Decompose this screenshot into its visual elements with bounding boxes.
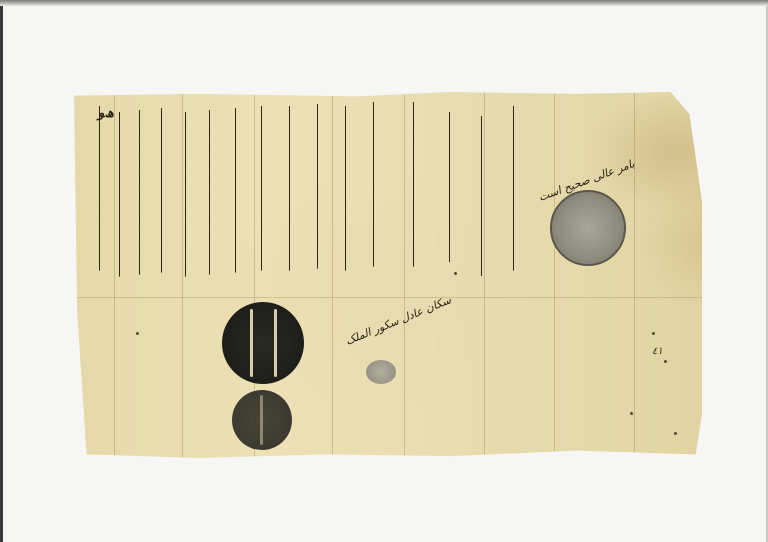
text-column: ــــــــــــــــــــــــــــــــــــــــ…: [258, 106, 270, 296]
paper-fold-line: [114, 92, 115, 458]
paper-fold-line: [554, 92, 555, 458]
manuscript-paper: ــــــــــــــــــــــــــــــــــــــــ…: [74, 92, 702, 458]
text-column: ــــــــــــــــــــــــــــــــــــــــ…: [206, 110, 218, 295]
text-column: ــــــــــــــــــــــــــــــــــــــــ…: [182, 112, 194, 292]
ink-spot: [674, 432, 677, 435]
text-column: ــــــــــــــــــــــــــــــــــــــــ…: [158, 108, 170, 293]
text-column: ــــــــــــــــــــــــــــــــــــــــ…: [136, 110, 148, 290]
text-column: ــــــــــــــــــــــــــــــــــــــــ…: [116, 112, 128, 297]
text-column: ــــــــــــــــــــــــــــــــــــــــ…: [286, 106, 298, 296]
seal-large-dark: [222, 302, 304, 384]
text-column: ــــــــــــــــــــــــــــــــــــــــ…: [342, 106, 354, 291]
ink-spot: [664, 360, 667, 363]
seal-small-grey: [366, 360, 396, 384]
text-column: ــــــــــــــــــــــــــــــــــــــــ…: [96, 106, 108, 296]
ink-spot: [136, 332, 139, 335]
ink-spot: [454, 272, 457, 275]
paper-fold-line: [74, 297, 702, 298]
seal-round-dark-lower: [232, 390, 292, 450]
text-column: ــــــــــــــــــــــــــــــــــــــــ…: [478, 116, 490, 276]
seal-grey-right: [550, 190, 626, 266]
ink-spot: [652, 332, 655, 335]
text-column: ــــــــــــــــــــــــــــــــــــــــ…: [370, 102, 382, 292]
text-column: ــــــــــــــــــــــــــــــــــــــــ…: [314, 104, 326, 294]
paper-fold-line: [332, 92, 333, 458]
invocation-mark: ﮪﻮ: [98, 106, 114, 121]
paper-fold-line: [634, 92, 635, 458]
annotation-near-small-seal: ﺳﮑﺎﻥ ﻋﺎﺩﻝ ﺳﮑﻮﺭ ﺍﻟﻤﻠﮏ: [344, 293, 453, 347]
text-column: ــــــــــــــــــــــــــــــــــــــــ…: [232, 108, 244, 293]
scanner-edge: [0, 0, 768, 6]
paper-fold-line: [404, 92, 405, 458]
text-column: ــــــــــــــــــــــــــــــــــــــــ…: [410, 102, 422, 302]
text-column: ــــــــــــــــــــــــــــــــــــــــ…: [510, 106, 522, 296]
text-column: ــــــــــــــــــــــــــــــــــــــــ…: [446, 112, 458, 262]
margin-note: ٤١: [652, 346, 663, 357]
ink-spot: [630, 412, 633, 415]
